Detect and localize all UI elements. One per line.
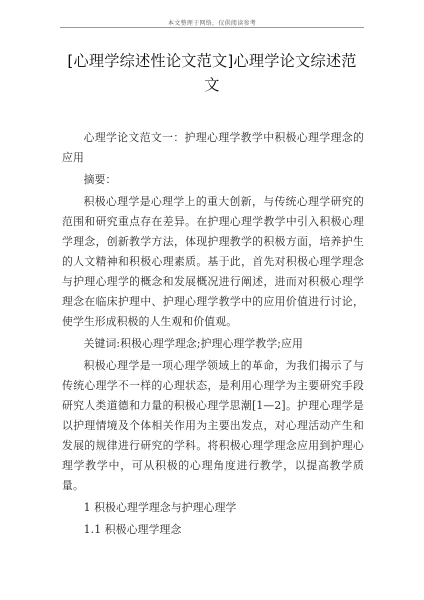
document-page: 本文整理于网络，仅供阅读参考 [心理学综述性论文范文]心理学论文综述范文 心理学… xyxy=(0,0,424,600)
section-heading-1: 1 积极心理学理念与护理心理学 xyxy=(62,498,364,518)
document-title: [心理学综述性论文范文]心理学论文综述范文 xyxy=(60,49,364,97)
keywords: 关键词:积极心理学理念;护理心理学教学;应用 xyxy=(62,334,364,354)
header-note: 本文整理于网络，仅供阅读参考 xyxy=(0,18,424,27)
paper-subtitle: 心理学论文范文一：护理心理学教学中积极心理学理念的应用 xyxy=(62,128,364,168)
section-heading-1-1: 1.1 积极心理学理念 xyxy=(62,520,364,540)
document-body: 心理学论文范文一：护理心理学教学中积极心理学理念的应用 摘要： 积极心理学是心理… xyxy=(62,128,364,542)
intro-paragraph: 积极心理学是一项心理学领域上的革命，为我们揭示了与传统心理学不一样的心理状态，是… xyxy=(62,356,364,496)
abstract-label: 摘要： xyxy=(62,170,364,190)
header-divider xyxy=(60,27,364,28)
abstract-text: 积极心理学是心理学上的重大创新，与传统心理学研究的范围和研究重点存在差异。在护理… xyxy=(62,192,364,332)
